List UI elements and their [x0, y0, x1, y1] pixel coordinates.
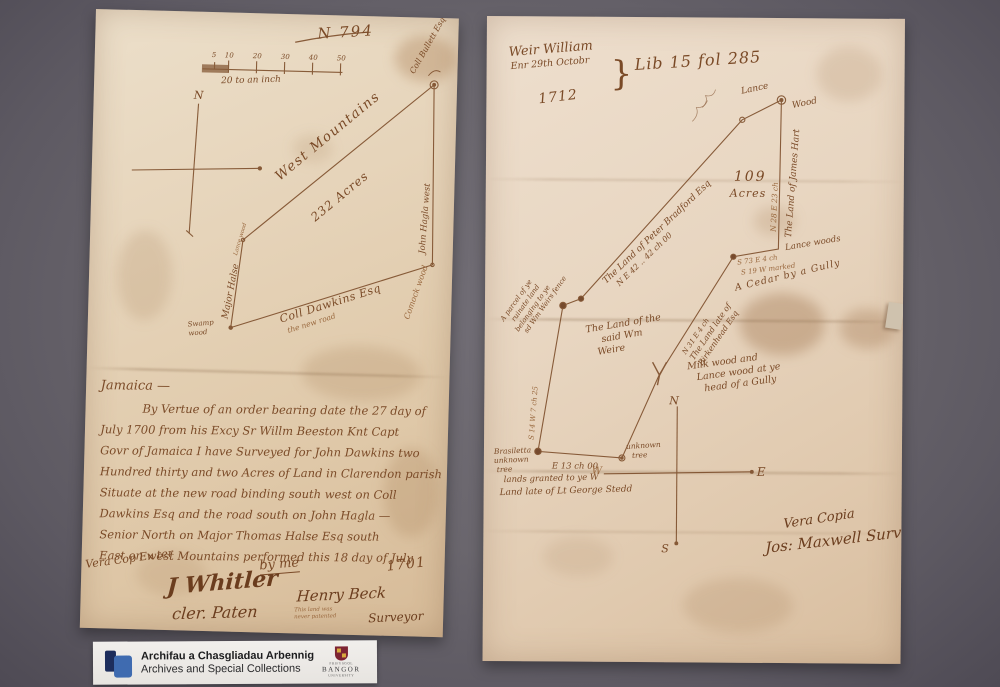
surveyor-title: Surveyor: [368, 610, 424, 624]
header-brace: }: [610, 57, 632, 91]
photo-of-archival-survey-documents: N 794 5 10 20 30 40 50 20 to an inch N C…: [0, 0, 1000, 687]
compass-north-letter: N: [194, 90, 204, 101]
scale-tick: 20: [253, 53, 262, 60]
brasiletta-line3: tree: [497, 465, 513, 473]
compass-north-letter: N: [669, 395, 679, 406]
unknown-tree-line1: unknown: [626, 441, 661, 451]
logo-square-blue: [114, 655, 132, 677]
acreage-unit: Acres: [730, 188, 767, 199]
left-document-surface: N 794 5 10 20 30 40 50 20 to an inch N C…: [80, 9, 459, 637]
archive-label-welsh: Archifau a Chasgliadau Arbennig: [141, 649, 314, 663]
archive-label-strip: Archifau a Chasgliadau Arbennig Archives…: [93, 640, 377, 684]
body-line: July 1700 from his Excy Sr Willm Beeston…: [100, 422, 440, 439]
scale-tick: 40: [309, 55, 318, 62]
archives-logo-icon: [105, 647, 135, 679]
clerk-title: cler. Paten: [172, 604, 259, 622]
body-line: Senior North on Major Thomas Halse Esq s…: [99, 527, 439, 544]
scale-tick: 10: [225, 52, 234, 59]
surveyor-signature: Henry Beck: [296, 586, 386, 605]
patent-note-line2: never patented: [294, 614, 336, 621]
plat-number: N 794: [317, 23, 374, 41]
scale-tick: 5: [212, 52, 217, 59]
body-line: Jamaica —: [101, 378, 441, 396]
bangor-university-logo: PRIFYSGOL BANGOR UNIVERSITY: [318, 646, 364, 677]
compass-east-letter: E: [757, 466, 766, 478]
compass-west-letter: W: [592, 467, 602, 477]
survey-return-text: Jamaica — By Vertue of an order bearing …: [99, 378, 441, 565]
brasiletta-line2: unknown: [494, 455, 529, 464]
acreage-value: 109: [734, 170, 767, 184]
bangor-university-text: UNIVERSITY: [318, 673, 364, 677]
bangor-crest-icon: [335, 646, 348, 660]
corner-label-swamp-wood: wood: [188, 329, 207, 337]
scale-tick: 30: [281, 54, 290, 61]
archive-label-english: Archives and Special Collections: [141, 662, 314, 676]
body-line: Hundred thirty and two Acres of Land in …: [100, 464, 440, 481]
right-survey-document: Weir William Enr 29th Octobr } Lib 15 fo…: [482, 16, 904, 664]
archive-label-text: Archifau a Chasgliadau Arbennig Archives…: [141, 649, 314, 675]
unknown-tree-line2: tree: [632, 451, 648, 459]
east-line-bearing: N 28 E 23 ch: [770, 182, 780, 232]
body-line: Govr of Jamaica I have Surveyed for John…: [100, 443, 440, 460]
scale-caption: 20 to an inch: [221, 76, 281, 87]
right-document-surface: Weir William Enr 29th Octobr } Lib 15 fo…: [482, 16, 904, 664]
body-line: Situate at the new road binding south we…: [100, 485, 440, 502]
compass-south-letter: S: [661, 543, 669, 554]
body-line: By Vertue of an order bearing date the 2…: [142, 402, 440, 419]
scale-tick: 50: [337, 55, 346, 62]
body-line: Dawkins Esq and the road south on John H…: [100, 506, 440, 523]
bangor-name-text: BANGOR: [318, 665, 364, 673]
left-survey-document: N 794 5 10 20 30 40 50 20 to an inch N C…: [80, 9, 459, 637]
